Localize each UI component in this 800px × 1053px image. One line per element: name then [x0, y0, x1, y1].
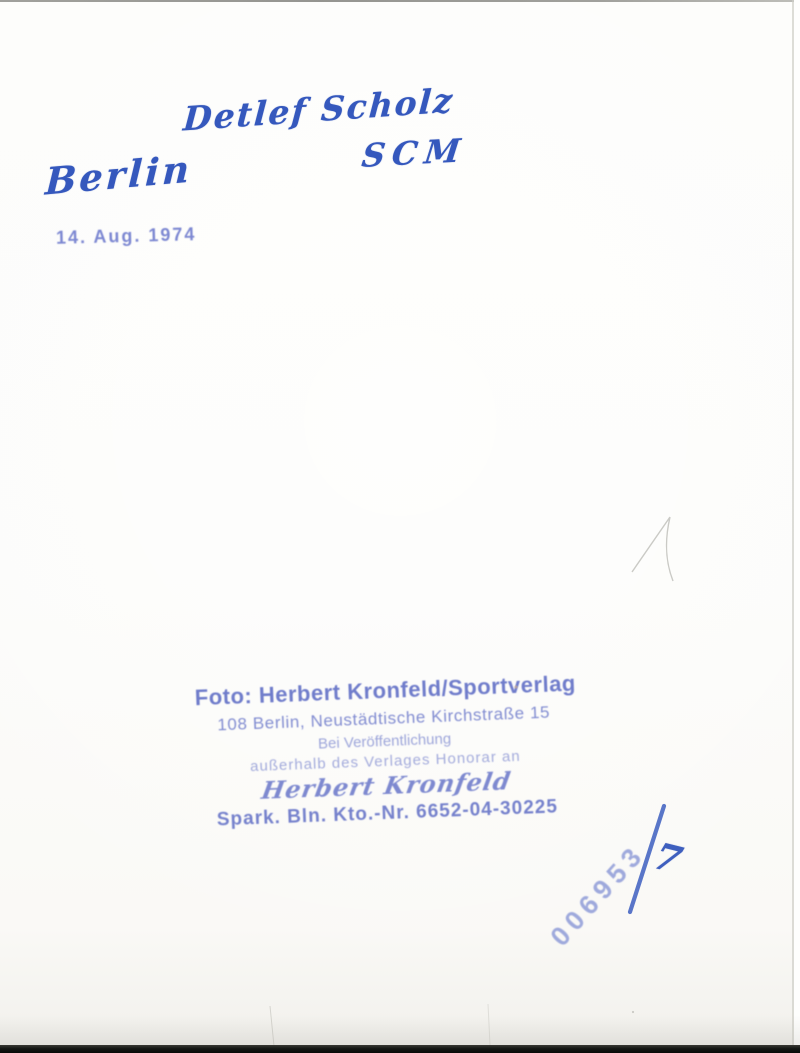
photo-bottom-shadow [0, 1015, 800, 1045]
photo-right-edge [792, 0, 794, 1053]
photo-bottom-edge [0, 1045, 800, 1053]
photo-right-margin [794, 0, 800, 1053]
photo-top-edge [0, 0, 800, 2]
date-stamp: 14. Aug. 1974 [56, 224, 197, 249]
handwritten-club: SCM [360, 131, 470, 175]
photographer-stamp: Foto: Herbert Kronfeld/Sportverlag 108 B… [190, 673, 579, 831]
